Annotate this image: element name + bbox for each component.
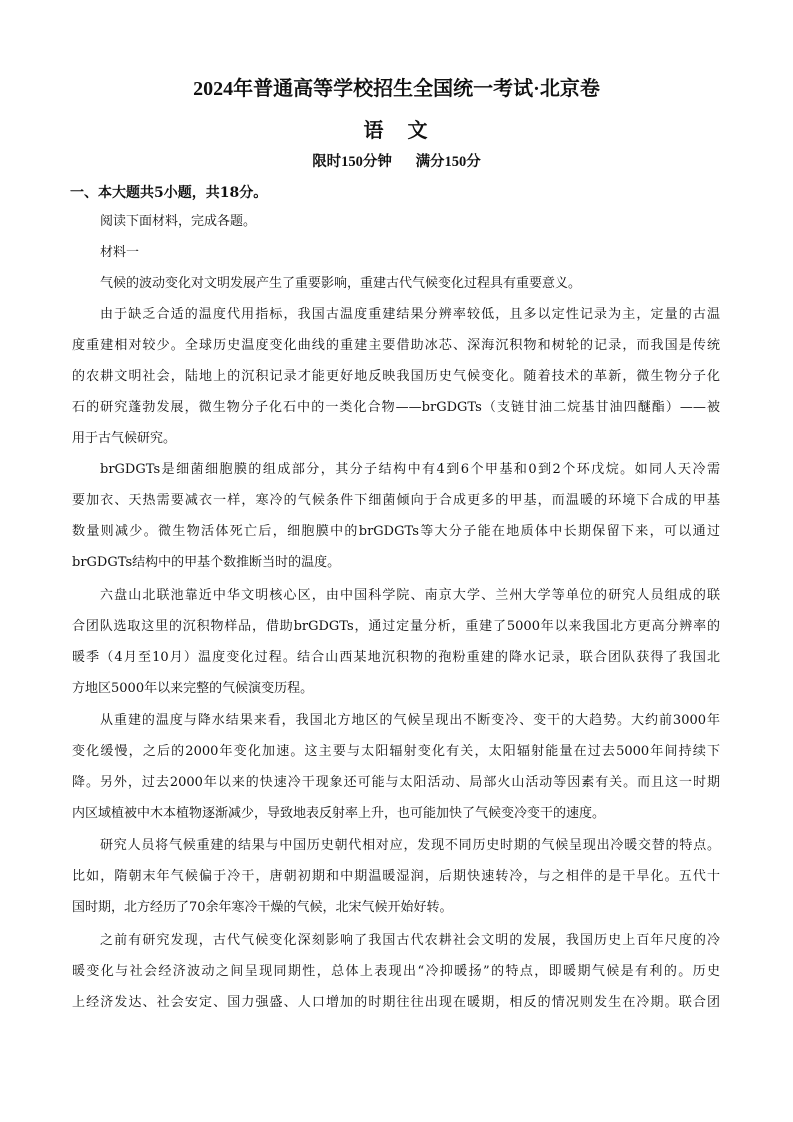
text-line: 变化缓慢，之后的2000年变化加速。这主要与太阳辐射变化有关，太阳辐射能量在过去… (72, 744, 720, 760)
exam-info: 限时150分钟 满分150分 (0, 150, 793, 171)
subject-title: 语 文 (0, 114, 793, 143)
text-line: 上经济发达、社会安定、国力强盛、人口增加的时期往往出现在暖期，相反的情况则发生在… (72, 995, 720, 1011)
time-limit: 限时150分钟 (312, 154, 392, 170)
text-line: 的农耕文明社会，陆地上的沉积记录才能更好地反映我国历史气候变化。随着技术的革新，… (72, 369, 720, 385)
text-line: 合团队选取这里的沉积物样品，借助brGDGTs，通过定量分析，重建了5000年以… (72, 619, 720, 635)
text-line: 内区域植被中木本植物逐渐减少，导致地表反射率上升，也可能加快了气候变冷变干的速度… (72, 806, 605, 822)
text-line: 研究人员将气候重建的结果与中国历史朝代相对应，发现不同历史时期的气候呈现出冷暖交… (100, 838, 720, 854)
text-line: brGDGTs是细菌细胞膜的组成部分，其分子结构中有4到6个甲基和0到2个环戊烷… (100, 462, 720, 478)
text-line: 暖变化与社会经济波动之间呈现同期性，总体上表现出“冷抑暖扬”的特点，即暖期气候是… (72, 964, 720, 980)
text-line: brGDGTs结构中的甲基个数推断当时的温度。 (72, 555, 340, 571)
text-line: 从重建的温度与降水结果来看，我国北方地区的气候呈现出不断变冷、变干的大趋势。大约… (100, 713, 720, 729)
text-line: 气候的波动变化对文明发展产生了重要影响，重建古代气候变化过程具有重要意义。 (100, 276, 581, 292)
text-line: 石的研究蓬勃发展，微生物分子化石中的一类化合物——brGDGTs（支链甘油二烷基… (72, 400, 720, 416)
text-line: 要加衣、天热需要减衣一样，寒冷的气候条件下细菌倾向于合成更多的甲基，而温暖的环境… (72, 493, 720, 509)
text-line: 暖季（4月至10月）温度变化过程。结合山西某地沉积物的孢粉重建的降水记录，联合团… (72, 650, 720, 666)
text-line: 之前有研究发现，古代气候变化深刻影响了我国古代农耕社会文明的发展，我国历史上百年… (100, 933, 720, 949)
text-line: 度重建相对较少。全球历史温度变化曲线的重建主要借助冰芯、深海沉积物和树轮的记录，… (72, 338, 720, 354)
exam-title: 2024年普通高等学校招生全国统一考试·北京卷 (0, 72, 793, 101)
text-line: 六盘山北联池靠近中华文明核心区，由中国科学院、南京大学、兰州大学等单位的研究人员… (100, 588, 720, 604)
text-line: 比如，隋朝末年气候偏于冷干，唐朝初期和中期温暖湿润，后期快速转冷，与之相伴的是干… (72, 869, 720, 885)
text-line: 数量则减少。微生物活体死亡后，细胞膜中的brGDGTs等大分子能在地质体中长期保… (72, 524, 720, 540)
section-heading: 一、本大题共5小题，共18分。 (70, 182, 267, 202)
text-line: 降。另外，过去2000年以来的快速冷干现象还可能与太阳活动、局部火山活动等因素有… (72, 775, 720, 791)
full-score: 满分150分 (416, 154, 481, 170)
text-line: 方地区5000年以来完整的气候演变历程。 (72, 681, 313, 697)
instruction: 阅读下面材料，完成各题。 (100, 214, 256, 230)
text-line: 用于古气候研究。 (72, 431, 176, 447)
text-line: 由于缺乏合适的温度代用指标，我国古温度重建结果分辨率较低，且多以定性记录为主，定… (100, 307, 720, 323)
text-line: 国时期，北方经历了70余年寒冷干燥的气候，北宋气候开始好转。 (72, 900, 453, 916)
material-label: 材料一 (100, 245, 139, 261)
